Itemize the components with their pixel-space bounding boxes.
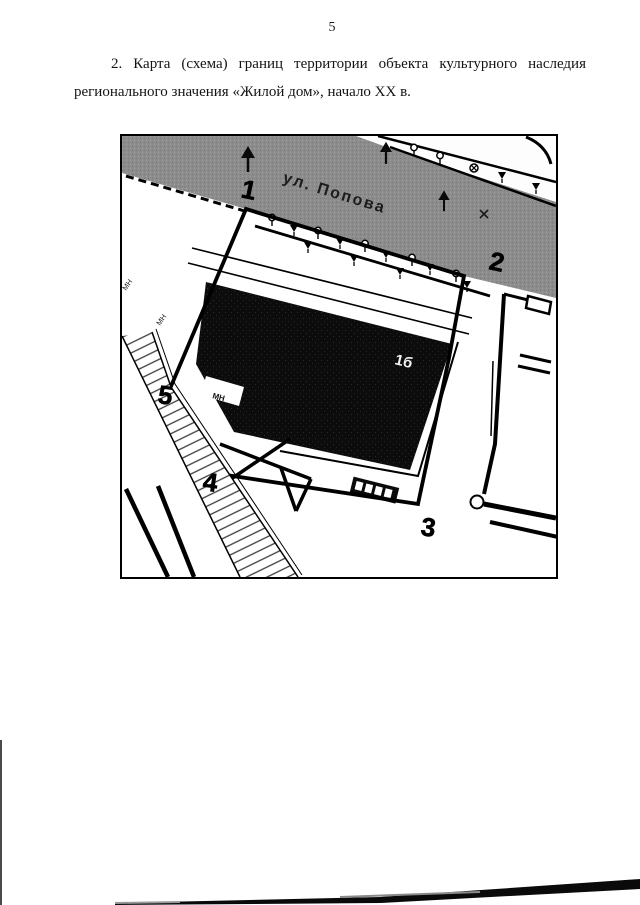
page-number: 5 xyxy=(0,20,640,36)
document-page: 5 2. Карта (схема) границ территории объ… xyxy=(0,0,640,905)
map-figure: ул. Попова xyxy=(120,134,558,579)
map-caption: 2. Карта (схема) границ территории объек… xyxy=(74,50,586,106)
map-image: ул. Попова xyxy=(122,136,556,577)
scan-bottom-artifact xyxy=(0,873,640,905)
